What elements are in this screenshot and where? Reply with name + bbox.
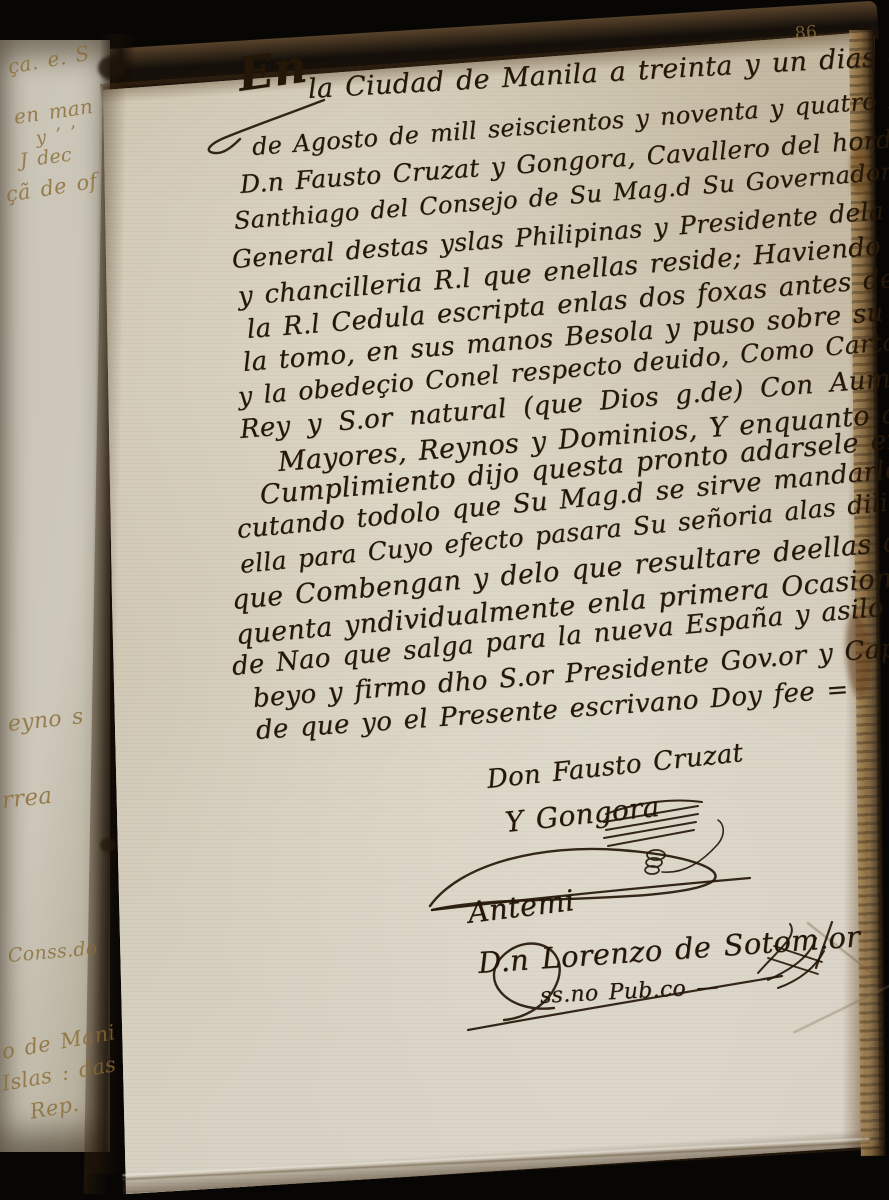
notary-flourish-svg <box>438 918 848 1038</box>
folio-number: 86 <box>794 22 818 44</box>
marginalia-fragment: rrea <box>1 783 54 814</box>
ink-blot <box>100 838 116 852</box>
opening-initial: En <box>234 39 310 102</box>
manuscript-photo: 86 En la Ciudad de Manila a treinta y un… <box>0 0 889 1200</box>
ink-blot <box>98 56 126 80</box>
